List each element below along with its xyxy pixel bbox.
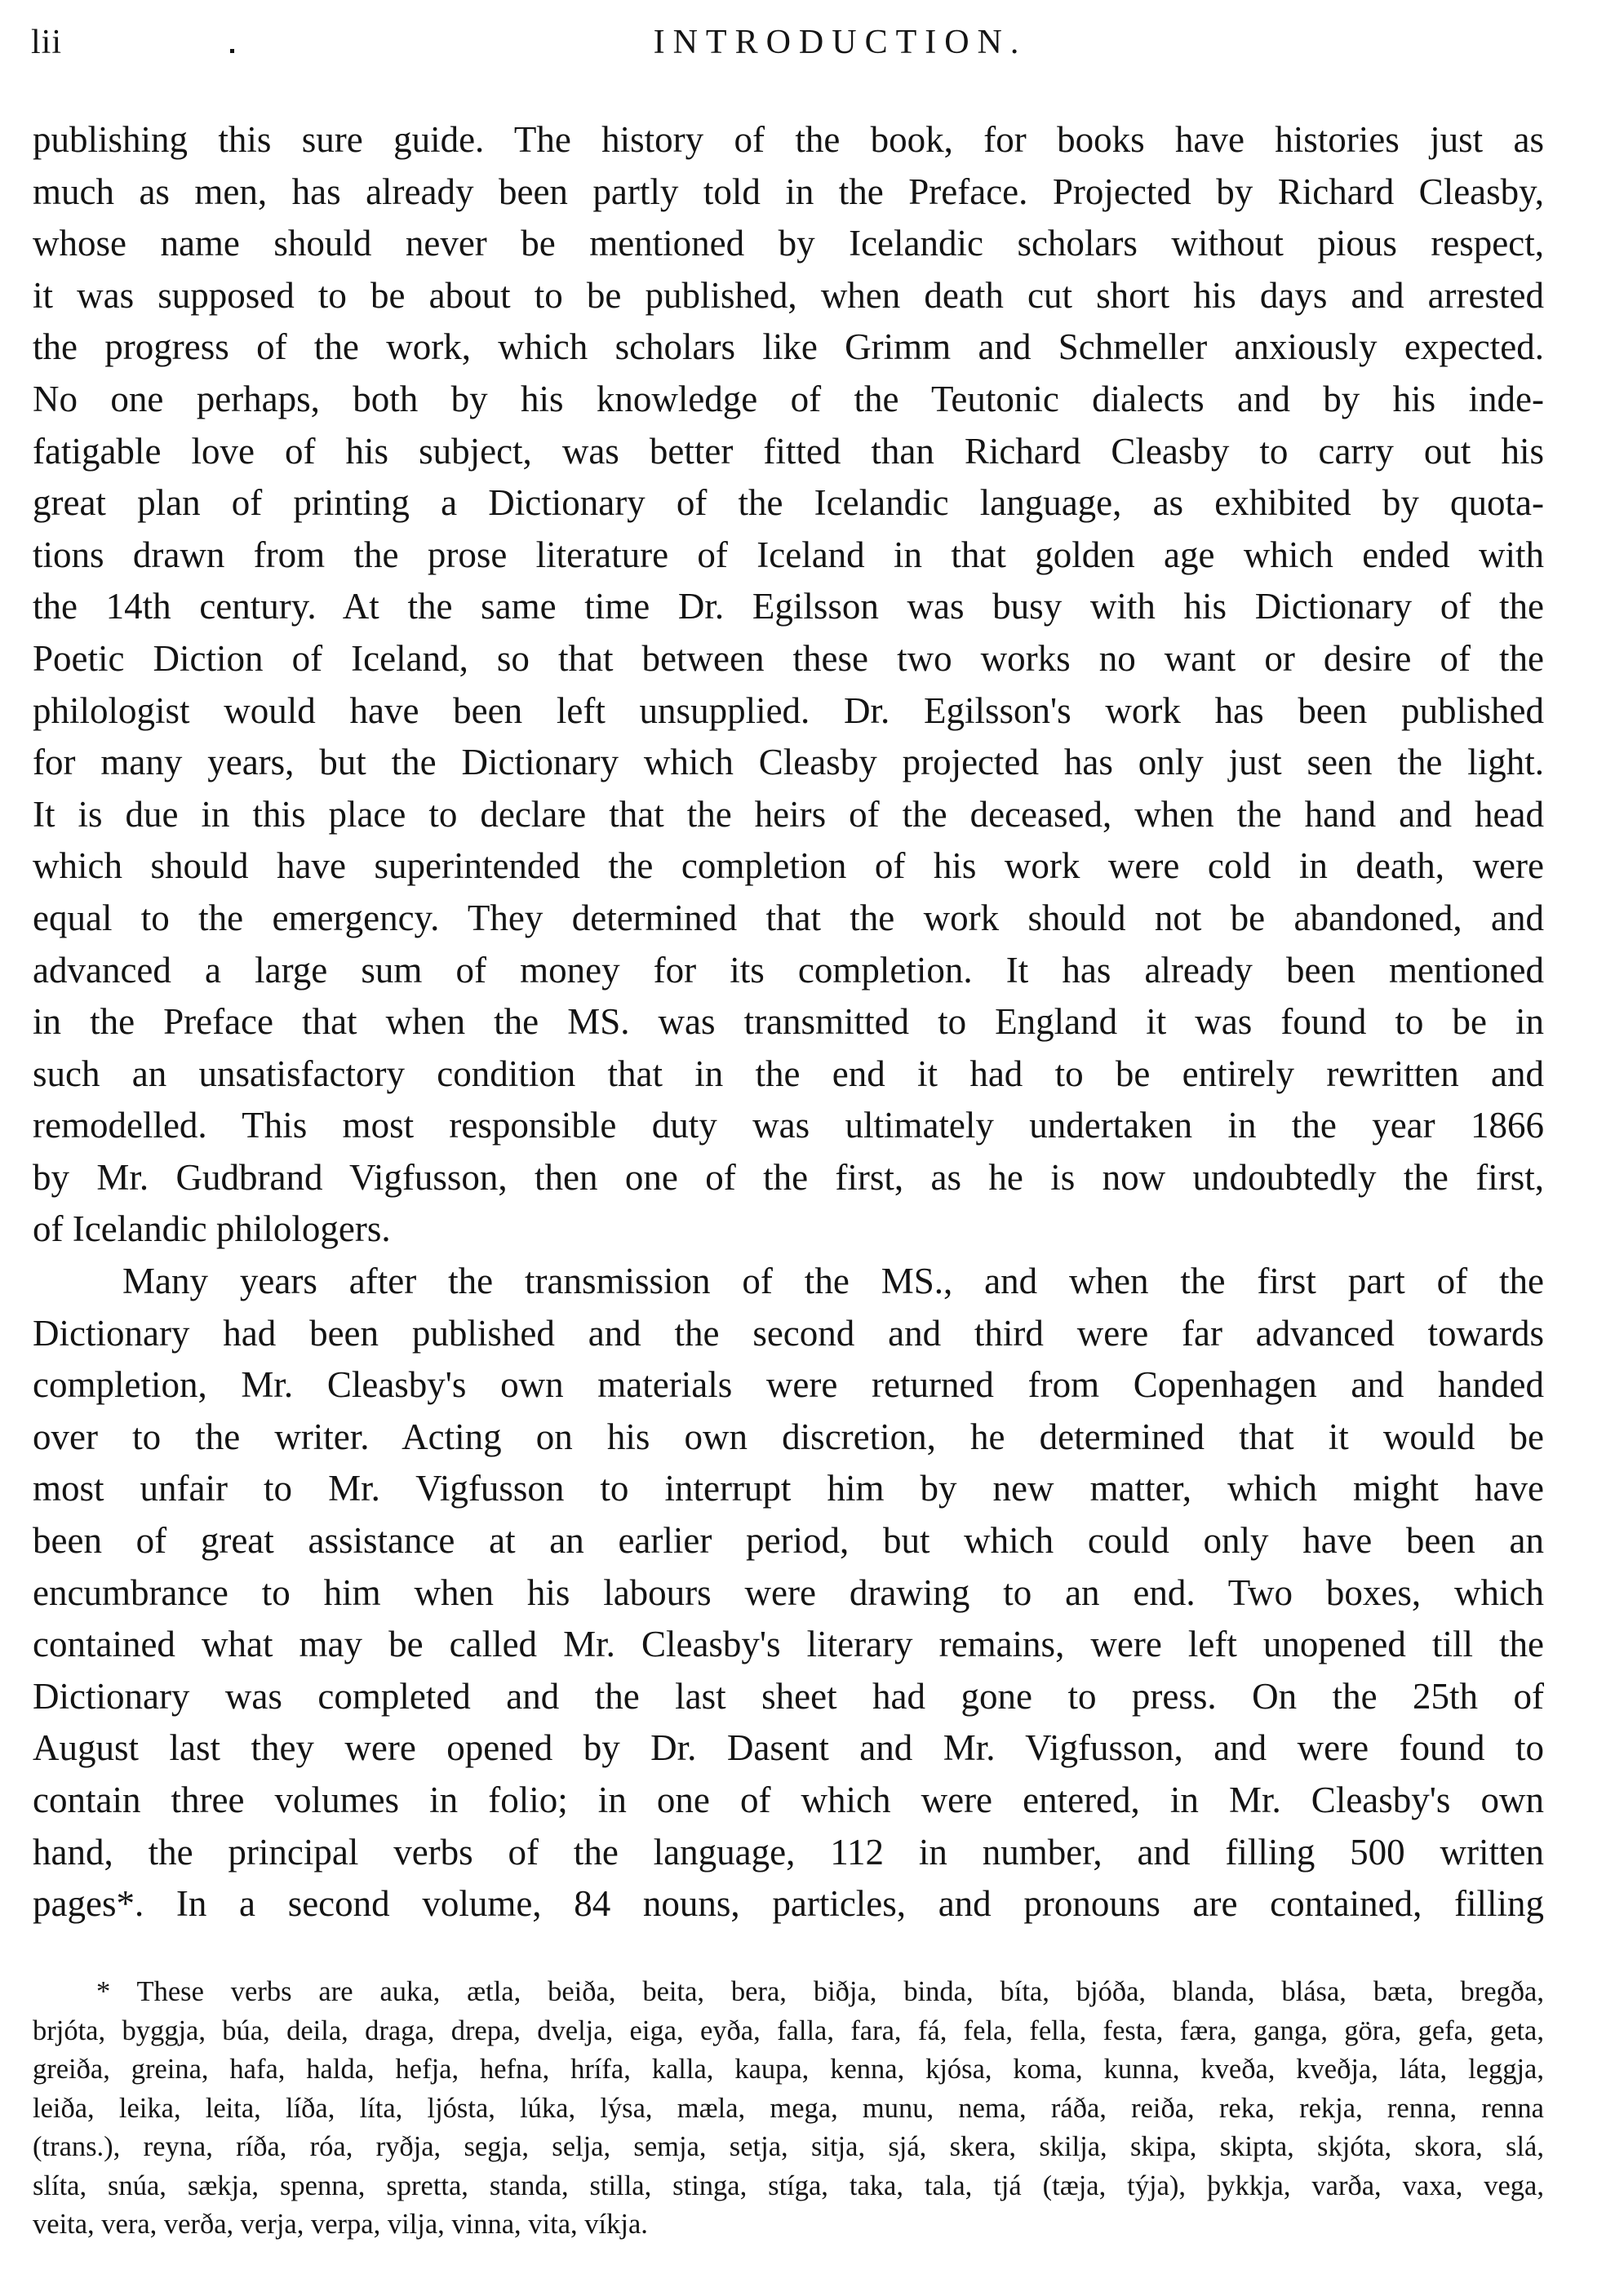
text-line: the 14th century. At the same time Dr. E…: [33, 581, 1544, 633]
text-line: by Mr. Gudbrand Vigfusson, then one of t…: [33, 1152, 1544, 1204]
text-line: publishing this sure guide. The history …: [33, 114, 1544, 166]
text-line: been of great assistance at an earlier p…: [33, 1515, 1544, 1567]
footnote-line: greiða, greina, hafa, halda, hefja, hefn…: [33, 2050, 1544, 2090]
text-line: in the Preface that when the MS. was tra…: [33, 996, 1544, 1048]
text-line: contain three volumes in folio; in one o…: [33, 1775, 1544, 1827]
page-title: INTRODUCTION.: [0, 23, 1615, 62]
footnote: * These verbs are auka, ætla, beiða, bei…: [33, 1973, 1544, 2245]
paragraph-1: publishing this sure guide. The history …: [33, 114, 1544, 1256]
text-line: August last they were opened by Dr. Dase…: [33, 1722, 1544, 1775]
text-line: Dictionary had been published and the se…: [33, 1308, 1544, 1360]
text-line: much as men, has already been partly tol…: [33, 166, 1544, 219]
text-line: philologist would have been left unsuppl…: [33, 685, 1544, 738]
text-line: No one perhaps, both by his knowledge of…: [33, 374, 1544, 426]
footnote-line: * These verbs are auka, ætla, beiða, bei…: [33, 1973, 1544, 2012]
document-page: lii INTRODUCTION. publishing this sure g…: [0, 0, 1615, 2296]
text-line: hand, the principal verbs of the languag…: [33, 1827, 1544, 1879]
text-line: it was supposed to be about to be publis…: [33, 270, 1544, 322]
text-line: advanced a large sum of money for its co…: [33, 945, 1544, 997]
text-line: the progress of the work, which scholars…: [33, 321, 1544, 374]
text-line: Many years after the transmission of the…: [33, 1256, 1544, 1308]
text-line: equal to the emergency. They determined …: [33, 893, 1544, 945]
text-line: contained what may be called Mr. Cleasby…: [33, 1619, 1544, 1671]
text-line: which should have superintended the comp…: [33, 840, 1544, 893]
text-line: over to the writer. Acting on his own di…: [33, 1412, 1544, 1464]
text-line: remodelled. This most responsible duty w…: [33, 1100, 1544, 1152]
text-line: tions drawn from the prose literature of…: [33, 530, 1544, 582]
text-line: It is due in this place to declare that …: [33, 789, 1544, 841]
text-line: whose name should never be mentioned by …: [33, 218, 1544, 270]
text-line: Poetic Diction of Iceland, so that betwe…: [33, 633, 1544, 685]
text-line: of Icelandic philologers.: [33, 1203, 1544, 1256]
footnote-line: (trans.), reyna, ríða, róa, ryðja, segja…: [33, 2128, 1544, 2167]
footnote-line: slíta, snúa, sækja, spenna, spretta, sta…: [33, 2167, 1544, 2206]
text-line: most unfair to Mr. Vigfusson to interrup…: [33, 1463, 1544, 1515]
text-line: completion, Mr. Cleasby's own materials …: [33, 1359, 1544, 1412]
body-text: publishing this sure guide. The history …: [33, 114, 1544, 1930]
text-line: encumbrance to him when his labours were…: [33, 1567, 1544, 1620]
text-line: such an unsatisfactory condition that in…: [33, 1048, 1544, 1101]
footnote-line: brjóta, byggja, búa, deila, draga, drepa…: [33, 2012, 1544, 2051]
text-line: great plan of printing a Dictionary of t…: [33, 477, 1544, 530]
text-line: Dictionary was completed and the last sh…: [33, 1671, 1544, 1723]
text-line: fatigable love of his subject, was bette…: [33, 426, 1544, 478]
text-line: pages*. In a second volume, 84 nouns, pa…: [33, 1878, 1544, 1930]
running-head: lii INTRODUCTION.: [0, 23, 1615, 72]
footnote-line: veita, vera, verða, verja, verpa, vilja,…: [33, 2205, 1544, 2245]
footnote-line: leiða, leika, leita, líða, líta, ljósta,…: [33, 2090, 1544, 2129]
paragraph-2: Many years after the transmission of the…: [33, 1256, 1544, 1930]
text-line: for many years, but the Dictionary which…: [33, 737, 1544, 789]
